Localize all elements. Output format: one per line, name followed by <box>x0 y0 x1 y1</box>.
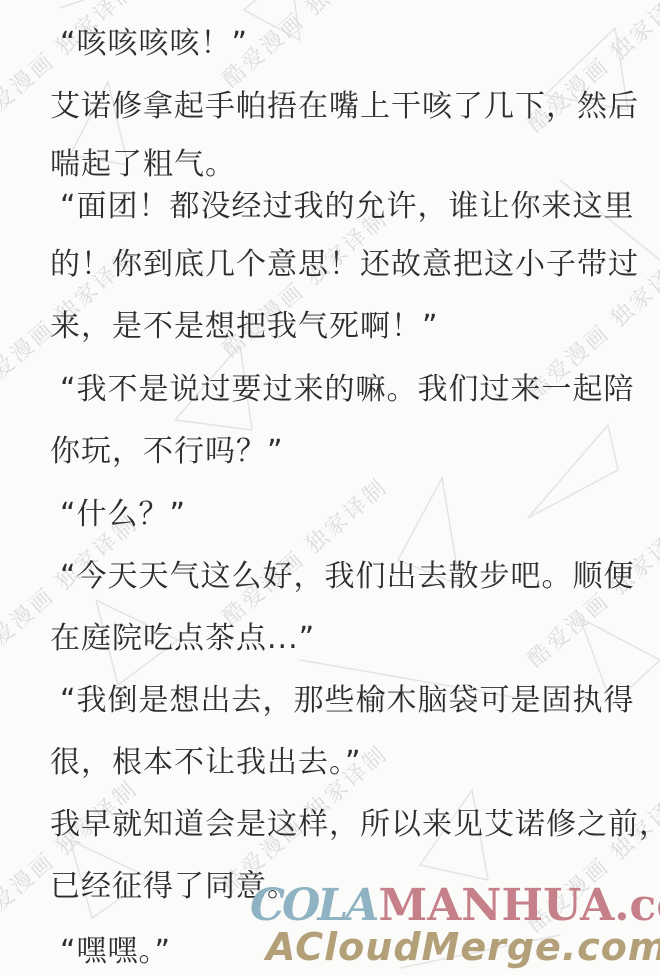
story-line: 艾诺修拿起手帕捂在嘴上干咳了几下，然后 <box>50 91 639 123</box>
acloudmerge-watermark: ACloudMerge.com <box>266 928 660 966</box>
story-line: 我早就知道会是这样，所以来见艾诺修之前， <box>50 809 660 841</box>
colamanhua-watermark: COLAMANHUA.com <box>250 884 660 928</box>
novel-reader-page: 酷爱漫画 独家译制酷爱漫画 独家译制酷爱漫画 独家译制酷爱漫画 独家译制酷爱漫画… <box>0 0 660 975</box>
story-line: 的！你到底几个意思！还故意把这小子带过 <box>50 249 639 281</box>
watermark-cola-part: COLA <box>250 880 376 931</box>
story-line: “今天天气这么好，我们出去散步吧。顺便 <box>60 561 635 593</box>
story-line: “嘿嘿。” <box>60 936 171 968</box>
story-line: “咳咳咳咳！” <box>60 28 248 60</box>
story-line: “什么？” <box>60 499 186 531</box>
story-line: “面团！都没经过我的允许，谁让你来这里 <box>60 191 635 223</box>
story-line: 在庭院吃点茶点...” <box>50 623 315 655</box>
story-line: “我倒是想出去，那些榆木脑袋可是固执得 <box>60 685 635 717</box>
translator-watermark-text: 酷爱漫画 独家译制 <box>215 470 394 631</box>
story-line: 很，根本不让我出去。” <box>50 747 362 779</box>
translator-watermark-text: 酷爱漫画 独家译制 <box>0 772 144 933</box>
story-line: “我不是说过要过来的嘛。我们过来一起陪 <box>60 374 635 406</box>
story-line: 你玩，不行吗？” <box>50 436 284 468</box>
story-line: 来，是不是想把我气死啊！” <box>50 311 439 343</box>
watermark-manhua-part: MANHUA.com <box>378 880 660 931</box>
story-line: 喘起了粗气。 <box>50 149 236 181</box>
